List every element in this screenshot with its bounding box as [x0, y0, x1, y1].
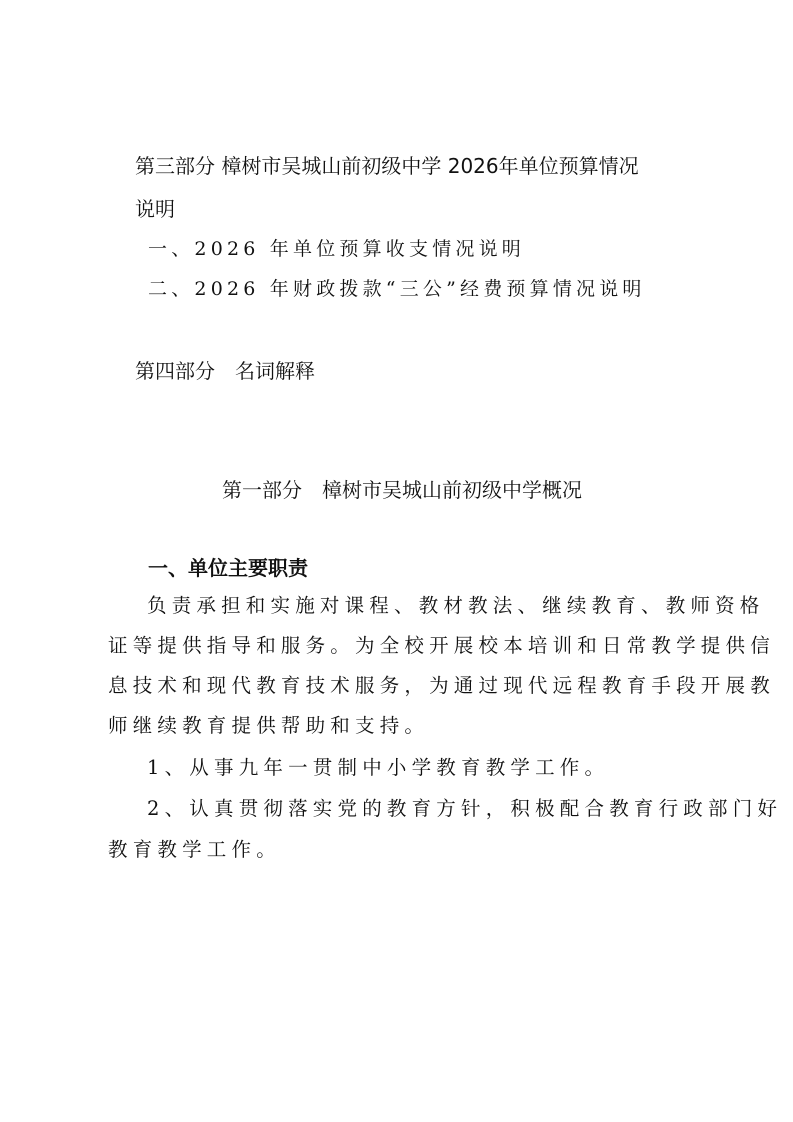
toc-item-2: 二、2026 年财政拨款“三公”经费预算情况说明	[148, 274, 646, 301]
duty-item-2-line-2: 教育教学工作。	[108, 834, 281, 862]
toc-item-1: 一、2026 年单位预算收支情况说明	[148, 234, 525, 261]
part4-title: 第四部分 名词解释	[135, 355, 315, 384]
duty-item-2-line-1: 2、认真贯彻落实党的教育方针，积极配合教育行政部门好	[147, 793, 782, 821]
section1-title: 第一部分 樟树市吴城山前初级中学概况	[222, 474, 582, 503]
paragraph-line-3: 息技术和现代教育技术服务，为通过现代远程教育手段开展教	[108, 670, 775, 698]
paragraph-line-1: 负责承担和实施对课程、教材教法、继续教育、教师资格	[147, 590, 765, 618]
document-page: 第三部分 樟树市吴城山前初级中学 2026年单位预算情况 说明 一、2026 年…	[0, 0, 793, 1122]
part3-title-line1: 第三部分 樟树市吴城山前初级中学 2026年单位预算情况	[135, 150, 639, 179]
paragraph-line-2: 证等提供指导和服务。为全校开展校本培训和日常教学提供信	[108, 630, 775, 658]
duty-item-1: 1、从事九年一贯制中小学教育教学工作。	[147, 752, 609, 780]
paragraph-line-4: 师继续教育提供帮助和支持。	[108, 710, 429, 738]
subheading-main-duties: 一、单位主要职责	[148, 552, 308, 581]
part3-title-line2: 说明	[135, 193, 175, 222]
